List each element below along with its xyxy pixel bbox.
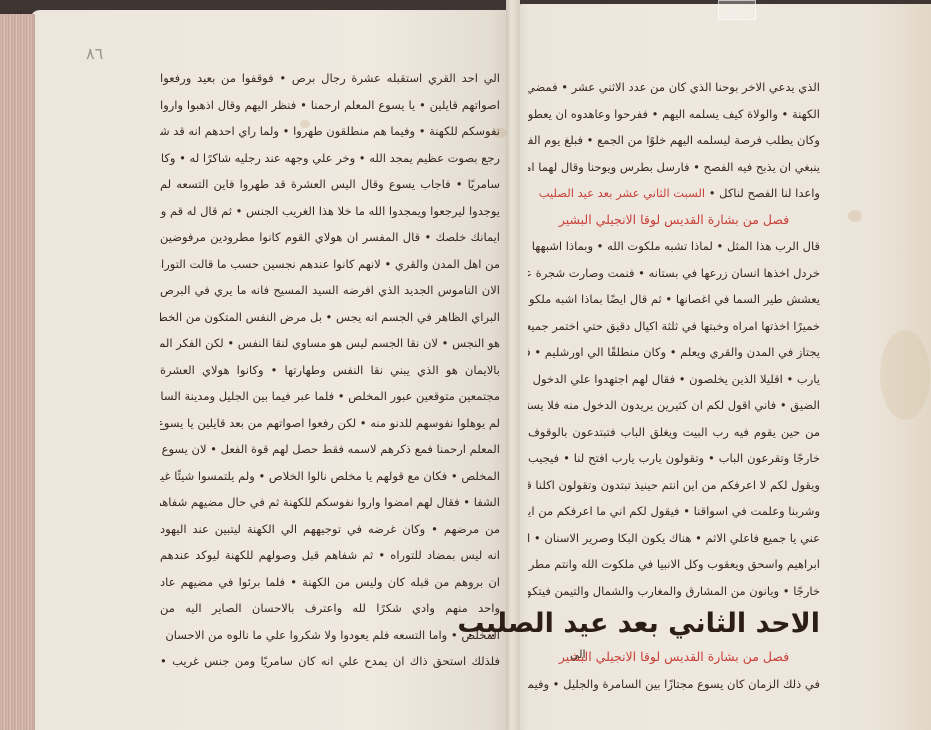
text-line-with-rubric: واعدا لنا الفصح لناكل • السبت الثاني عشر… [528, 180, 820, 207]
paper-tab [718, 0, 756, 20]
text-line: نفوسكم للكهنة • وفيما هم منطلقون طهروا •… [160, 118, 500, 145]
text-line: ابراهيم واسحق ويعقوب وكل الانبيا في ملكو… [528, 551, 820, 578]
text-line: من حين يقوم فيه رب البيت ويغلق الباب فتب… [528, 419, 820, 446]
text-segment: ايمانك خلصك • قال المفسر ان هولاي القوم … [160, 230, 500, 244]
text-line: يارب • اقليلا الذين يخلصون • فقال لهم اج… [528, 366, 820, 393]
text-line: رجع بصوت عظيم يمجد الله • وخر علي وجهه ع… [160, 145, 500, 172]
right-page-text: الذي يدعي الاخر بوحنا الذي كان من عدد ال… [528, 74, 820, 697]
page-fore-edge [0, 14, 35, 730]
section-heading: الاحد الثاني بعد عيد الصليب [528, 604, 820, 644]
text-line: الي احد القري استقبله عشرة رجال برص • فو… [160, 65, 500, 92]
rubric-lesson-title: السبت الثاني عشر بعد عيد الصليب [539, 186, 705, 200]
left-page-text: الي احد القري استقبله عشرة رجال برص • فو… [160, 65, 500, 675]
text-line: مجتمعين متوقعين عبور المخلص • فلما عبر ف… [160, 383, 500, 410]
rubric-gospel-heading: فصل من بشارة القديس لوقا الانجيلي البشير [528, 207, 820, 234]
text-line: المخلص • واما التسعه فلم يعودوا ولا شكرو… [160, 622, 500, 649]
text-line: من اهل المدن والقري • لانهم كانوا عندهم … [160, 251, 500, 278]
folio-number: ٨٦ [86, 44, 103, 63]
text-line: خارجًا وتقرعون الباب • وتقولون يارب يارب… [528, 445, 820, 472]
text-line: يوجدوا ليرجعوا ويمجدوا الله ما خلا هذا ا… [160, 198, 500, 225]
text-line: بالايمان هو الذي يبني نقا النفس وطهارتها… [160, 357, 500, 384]
paper-stain [880, 330, 930, 420]
catchword: الي [570, 648, 586, 661]
text-line: من مرضهم • وكان غرضه في توجيههم الي الكه… [160, 516, 500, 543]
text-line: ويقول لكم لا اعرفكم من اين انتم حينيذ تب… [528, 472, 820, 499]
text-segment: واعدا لنا الفصح لناكل • [709, 186, 820, 200]
text-line: الضيق • فاني اقول لكم ان كثيرين يريدون ا… [528, 392, 820, 419]
text-line: في ذلك الزمان كان يسوع مجتازًا بين السام… [528, 671, 820, 698]
text-line: الكهنة • والولاة كيف يسلمه اليهم • ففرحو… [528, 101, 820, 128]
paper-stain [848, 210, 862, 222]
text-line: المخلص • فكان مع قولهم يا مخلص نالوا الخ… [160, 463, 500, 490]
text-line: الشفا • فقال لهم امضوا واروا نفوسكم للكه… [160, 489, 500, 516]
text-line: الان الناموس الجديد الذي افرضه السيد الم… [160, 277, 500, 304]
text-line: لم يوهلوا نفوسهم للدنو منه • لكن رفعوا ا… [160, 410, 500, 437]
text-line: الذي يدعي الاخر بوحنا الذي كان من عدد ال… [528, 74, 820, 101]
text-line: وكان يطلب فرصة ليسلمه اليهم خلوًا من الج… [528, 127, 820, 154]
text-line: سامريًا • فاجاب يسوع وقال اليس العشرة قد… [160, 171, 500, 198]
text-line: فلذلك استحق ذاك ان يمدح علي انه كان سامر… [160, 648, 500, 675]
text-line: ان بروهم من قبله كان وليس من الكهنة • فل… [160, 569, 500, 596]
text-line: خارجًا • ويانون من المشارق والمغارب والش… [528, 578, 820, 605]
text-line: وشربنا وعلمت في اسواقنا • فيقول لكم اني … [528, 498, 820, 525]
text-line: اصواتهم قايلين • يا يسوع المعلم ارحمنا •… [160, 92, 500, 119]
text-line: عني يا جميع فاعلي الاثم • هناك يكون البك… [528, 525, 820, 552]
text-line: البراي الظاهر في الجسم انه يجس • بل مرض … [160, 304, 500, 331]
text-line: ينبغي ان يذبح فيه الفصح • فارسل بطرس ويو… [528, 154, 820, 181]
text-line: يجتاز في المدن والقري ويعلم • وكان منطلق… [528, 339, 820, 366]
text-line: واحد منهم وادي شكرًا لله واعترف بالاحسان… [160, 595, 500, 622]
manuscript-spread: ٨٦ الي احد القري استقبله عشرة رجال برص •… [0, 0, 931, 730]
text-line: هو النجس • لان نقا الجسم ليس هو مساوي لن… [160, 330, 500, 357]
text-line: قال الرب هذا المثل • لماذا تشبه ملكوت ال… [528, 233, 820, 260]
text-line-with-rubric: ايمانك خلصك • قال المفسر ان هولاي القوم … [160, 224, 500, 251]
text-line: يعشش طير السما في اغصانها • ثم قال ايضًا… [528, 286, 820, 313]
text-line: خميرًا اخذتها امراه وخبتها في ثلثة اكيال… [528, 313, 820, 340]
text-line: المعلم ارحمنا فمع ذكرهم لاسمه فقط حصل له… [160, 436, 500, 463]
text-line: انه ليس بمضاد للتوراه • ثم شفاهم قبل وصو… [160, 542, 500, 569]
text-line: خردل اخذها انسان زرعها في بستانه • فنمت … [528, 260, 820, 287]
